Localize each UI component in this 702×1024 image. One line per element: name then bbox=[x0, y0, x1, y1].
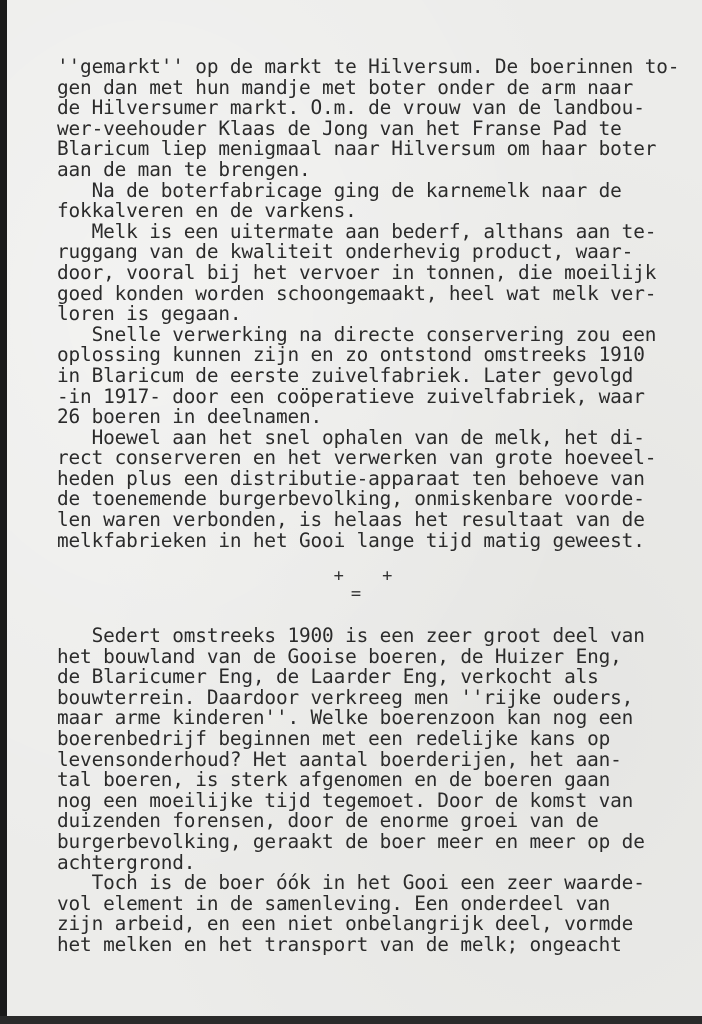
text-line: Melk is een uitermate aan bederf, althan… bbox=[57, 222, 697, 243]
text-line: boerenbedrijf beginnen met een redelijke… bbox=[57, 729, 697, 750]
text-line: zijn arbeid, en een niet onbelangrijk de… bbox=[57, 914, 697, 935]
typewritten-page: ''gemarkt'' op de markt te Hilversum. De… bbox=[7, 0, 702, 1016]
text-line: gen dan met hun mandje met boter onder d… bbox=[57, 78, 697, 99]
text-line: -in 1917- door een coöperatieve zuivelfa… bbox=[57, 387, 697, 408]
text-line: Snelle verwerking na directe conserverin… bbox=[57, 325, 697, 346]
text-section-dairy-history: ''gemarkt'' op de markt te Hilversum. De… bbox=[57, 57, 697, 551]
text-line: ruggang van de kwaliteit onderhevig prod… bbox=[57, 242, 697, 263]
text-line: Na de boterfabricage ging de karnemelk n… bbox=[57, 181, 697, 202]
text-line: heden plus een distributie-apparaat ten … bbox=[57, 469, 697, 490]
text-line: tal boeren, is sterk afgenomen en de boe… bbox=[57, 770, 697, 791]
text-line: burgerbevolking, geraakt de boer meer en… bbox=[57, 832, 697, 853]
text-line: loren is gegaan. bbox=[57, 304, 697, 325]
text-line: bouwterrein. Daardoor verkreeg men ''rij… bbox=[57, 688, 697, 709]
text-line: de Blaricumer Eng, de Laarder Eng, verko… bbox=[57, 667, 697, 688]
text-line: aan de man te brengen. bbox=[57, 160, 697, 181]
text-line: melkfabrieken in het Gooi lange tijd mat… bbox=[57, 531, 697, 552]
text-line: Hoewel aan het snel ophalen van de melk,… bbox=[57, 428, 697, 449]
text-line: de toenemende burgerbevolking, onmiskenb… bbox=[57, 489, 697, 510]
text-line: achtergrond. bbox=[57, 853, 697, 874]
text-line: fokkalveren en de varkens. bbox=[57, 201, 697, 222]
text-line: ''gemarkt'' op de markt te Hilversum. De… bbox=[57, 57, 697, 78]
text-line: duizenden forensen, door de enorme groei… bbox=[57, 811, 697, 832]
text-line: maar arme kinderen''. Welke boerenzoon k… bbox=[57, 708, 697, 729]
text-line: wer-veehouder Klaas de Jong van het Fran… bbox=[57, 119, 697, 140]
text-line: goed konden worden schoongemaakt, heel w… bbox=[57, 284, 697, 305]
text-line: oplossing kunnen zijn en zo ontstond oms… bbox=[57, 345, 697, 366]
text-line: nog een moeilijke tijd tegemoet. Door de… bbox=[57, 791, 697, 812]
text-line: het bouwland van de Gooise boeren, de Hu… bbox=[57, 647, 697, 668]
text-section-farmland-decline: Sedert omstreeks 1900 is een zeer groot … bbox=[57, 626, 697, 956]
text-line: het melken en het transport van de melk;… bbox=[57, 935, 697, 956]
section-separator-equals: = bbox=[5, 584, 702, 604]
text-line: door, vooral bij het vervoer in tonnen, … bbox=[57, 263, 697, 284]
text-line: len waren verbonden, is helaas het resul… bbox=[57, 510, 697, 531]
text-line: Toch is de boer óók in het Gooi een zeer… bbox=[57, 873, 697, 894]
text-line: de Hilversumer markt. O.m. de vrouw van … bbox=[57, 98, 697, 119]
text-line: Blaricum liep menigmaal naar Hilversum o… bbox=[57, 139, 697, 160]
text-line: Sedert omstreeks 1900 is een zeer groot … bbox=[57, 626, 697, 647]
text-line: rect conserveren en het verwerken van gr… bbox=[57, 448, 697, 469]
text-line: vol element in de samenleving. Een onder… bbox=[57, 894, 697, 915]
scan-bottom-edge bbox=[0, 1016, 702, 1024]
section-separator-plus: + + bbox=[5, 566, 702, 586]
text-line: levensonderhoud? Het aantal boerderijen,… bbox=[57, 750, 697, 771]
text-line: in Blaricum de eerste zuivelfabriek. Lat… bbox=[57, 366, 697, 387]
text-line: 26 boeren in deelnamen. bbox=[57, 407, 697, 428]
